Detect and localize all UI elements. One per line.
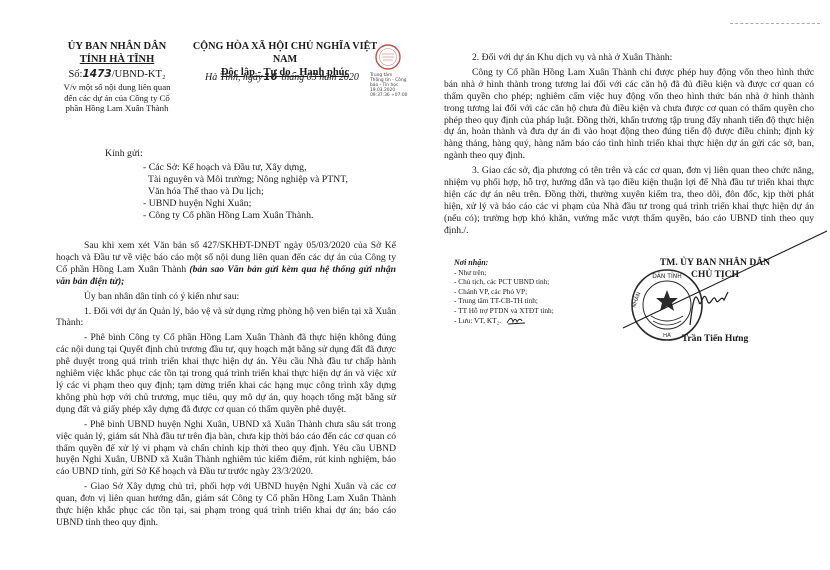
right-body: 2. Đối với dự án Khu dịch vụ và nhà ở Xu…	[444, 52, 814, 240]
signer-name: Trần Tiến Hưng	[640, 333, 790, 344]
recipient-item: - TT Hỗ trợ PTDN và XTĐT tỉnh;	[454, 306, 604, 316]
section-1-paragraph: - Phê bình UBND huyện Nghi Xuân, UBND xã…	[56, 419, 396, 479]
section-2-paragraph: Công ty Cổ phần Hồng Lam Xuân Thành chỉ …	[444, 67, 814, 162]
document-date: Hà Tĩnh, ngày16tháng 03 năm 2020	[205, 72, 385, 83]
document-number: Số:1473/UBND-KT₂	[62, 68, 172, 80]
addressee-line: Văn hóa Thể thao và Du lịch;	[143, 186, 348, 198]
red-seal-icon	[375, 44, 401, 70]
scan-artifact-line	[730, 23, 820, 25]
initials-signature-icon	[506, 316, 526, 325]
section-1-paragraph: - Giao Sở Xây dựng chủ trì, phối hợp với…	[56, 481, 396, 529]
national-title: CỘNG HÒA XÃ HỘI CHỦ NGHĨA VIỆT NAM	[180, 40, 390, 66]
issuer-line1: ỦY BAN NHÂN DÂN	[62, 40, 172, 53]
intro-paragraph: Sau khi xem xét Văn bản số 427/SKHĐT-DNĐ…	[56, 240, 396, 288]
left-body: Sau khi xem xét Văn bản số 427/SKHĐT-DNĐ…	[56, 240, 396, 532]
section-1-title: 1. Đối với dự án Quản lý, bảo vệ và sử d…	[56, 306, 396, 330]
document-subject: V/v một số nội dung liên quan đến các dự…	[62, 82, 172, 114]
handwritten-number: 1473	[82, 68, 111, 80]
addressee-line: - Công ty Cổ phần Hồng Lam Xuân Thành.	[143, 210, 348, 222]
issuer-block: ỦY BAN NHÂN DÂN TỈNH HÀ TĨNH	[62, 40, 172, 66]
addressees-list: - Các Sở: Kế hoạch và Đầu tư, Xây dựng, …	[143, 162, 348, 222]
digital-stamp-text: Trung tâm Thông tin - Công báo - Tin học…	[370, 73, 420, 98]
official-seal-icon: DÂN TỈNH NHÂN HÀ	[630, 270, 702, 340]
document-page-1: ỦY BAN NHÂN DÂN TỈNH HÀ TĨNH CỘNG HÒA XÃ…	[0, 0, 425, 570]
opinion-line: Ủy ban nhân dân tỉnh có ý kiến như sau:	[56, 291, 396, 303]
addressees-label: Kính gửi:	[105, 148, 143, 159]
recipient-item: - Chánh VP, các Phó VP;	[454, 287, 604, 297]
addressee-line: - Các Sở: Kế hoạch và Đầu tư, Xây dựng,	[143, 162, 348, 174]
section-1-paragraph: - Phê bình Công ty Cổ phần Hồng Lam Xuân…	[56, 332, 396, 415]
addressee-line: - UBND huyện Nghi Xuân;	[143, 198, 348, 210]
recipient-item: - Trung tâm TT-CB-TH tỉnh;	[454, 296, 604, 306]
recipient-item: - Lưu: VT, KT₂.	[454, 316, 604, 326]
addressee-line: Tài nguyên và Môi trường; Nông nghiệp và…	[143, 174, 348, 186]
section-3-paragraph: 3. Giao các sở, địa phương có tên trên v…	[444, 165, 814, 236]
issuer-line2: TỈNH HÀ TĨNH	[62, 53, 172, 66]
document-page-2: 2. Đối với dự án Khu dịch vụ và nhà ở Xu…	[440, 0, 830, 570]
recipient-item: - Chủ tịch, các PCT UBND tỉnh;	[454, 277, 604, 287]
handwritten-day: 16	[264, 72, 278, 83]
recipients-block: Nơi nhận: - Như trên; - Chủ tịch, các PC…	[454, 258, 604, 325]
recipients-label: Nơi nhận:	[454, 258, 604, 268]
section-2-title: 2. Đối với dự án Khu dịch vụ và nhà ở Xu…	[444, 52, 814, 64]
handwritten-signature-icon	[690, 292, 728, 325]
recipient-item: - Như trên;	[454, 268, 604, 278]
digital-signature-stamp	[375, 44, 401, 75]
svg-text:DÂN TỈNH: DÂN TỈNH	[652, 272, 681, 280]
